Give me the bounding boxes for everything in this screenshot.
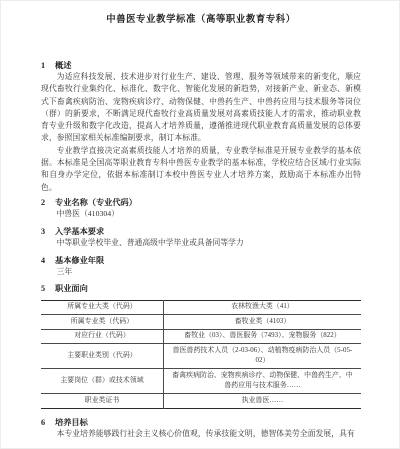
section-6-number: 6 (41, 417, 46, 428)
document-page: 中兽医专业教学标准（高等职业教育专科） 1 概述 为适应科技发展、技术进步对行业… (0, 0, 400, 449)
section-6-paragraph-1: 本专业培养能够践行社会主义核心价值观，传承技能文明，德智体美劳全面发展，具有 (41, 428, 361, 440)
section-5-title: 职业面向 (55, 283, 88, 294)
table-label-cell: 主要职业类别（代码） (41, 344, 164, 369)
section-5-number: 5 (41, 283, 46, 294)
table-row: 对应行业（代码） 畜牧业（03）、兽医服务（7493）、宠物服务（822） (41, 329, 361, 344)
table-value-cell: 兽医兽药技术人员（2-03-06）、动植物疫病防治人员（5-05-02） (164, 344, 362, 369)
table-label-cell: 主要岗位（群）或技术领域 (41, 369, 164, 394)
section-4-title: 基本修业年限 (55, 255, 104, 266)
section-4-content: 三年 (41, 266, 361, 277)
section-3-content: 中等职业学校毕业、普通高级中学毕业或具备同等学力 (41, 237, 361, 248)
section-1-paragraph-2: 专业教学直接决定高素质技能人才培养的质量，专业教学标准是开展专业教学的基本依据。… (41, 145, 361, 194)
section-6-title: 培养目标 (55, 417, 88, 428)
table-label-cell: 职业类证书 (41, 394, 164, 409)
table-row: 所属专业大类（代码） 农林牧渔大类（41） (41, 300, 361, 315)
section-1-title: 概述 (55, 60, 71, 71)
section-4-number: 4 (41, 255, 46, 266)
table-value-cell: 畜牧业（03）、兽医服务（7493）、宠物服务（822） (164, 329, 362, 344)
table-row: 所属专业类（代码） 畜牧业类（4103） (41, 315, 361, 330)
section-2-title: 专业名称（专业代码） (55, 197, 137, 208)
occupation-table: 所属专业大类（代码） 农林牧渔大类（41） 所属专业类（代码） 畜牧业类（410… (41, 300, 361, 409)
section-6-heading: 6 培养目标 (41, 417, 361, 428)
table-row: 主要岗位（群）或技术领域 畜禽疾病防治、宠物疾病诊疗、动物保健、中兽药生产、中兽… (41, 369, 361, 394)
section-2-content: 中兽医（410304） (41, 208, 361, 219)
section-5-heading: 5 职业面向 (41, 283, 361, 294)
table-value-cell: 农林牧渔大类（41） (164, 300, 362, 315)
table-row: 主要职业类别（代码） 兽医兽药技术人员（2-03-06）、动植物疫病防治人员（5… (41, 344, 361, 369)
section-4-heading: 4 基本修业年限 (41, 255, 361, 266)
table-label-cell: 所属专业大类（代码） (41, 300, 164, 315)
table-row: 职业类证书 执业兽医…… (41, 394, 361, 409)
section-3-heading: 3 入学基本要求 (41, 226, 361, 237)
section-1-heading: 1 概述 (41, 60, 361, 71)
section-2-number: 2 (41, 197, 46, 208)
table-value-cell: 执业兽医…… (164, 394, 362, 409)
table-value-cell: 畜牧业类（4103） (164, 315, 362, 330)
table-label-cell: 所属专业类（代码） (41, 315, 164, 330)
table-label-cell: 对应行业（代码） (41, 329, 164, 344)
section-1-number: 1 (41, 60, 46, 71)
section-2-heading: 2 专业名称（专业代码） (41, 197, 361, 208)
section-3-title: 入学基本要求 (55, 226, 104, 237)
document-title: 中兽医专业教学标准（高等职业教育专科） (41, 14, 361, 27)
section-1-paragraph-1: 为适应科技发展、技术进步对行业生产、建设、管理、服务等领域带来的新变化，顺应现代… (41, 71, 361, 145)
table-value-cell: 畜禽疾病防治、宠物疾病诊疗、动物保健、中兽药生产、中兽药应用与技术服务…… (164, 369, 362, 394)
section-3-number: 3 (41, 226, 46, 237)
